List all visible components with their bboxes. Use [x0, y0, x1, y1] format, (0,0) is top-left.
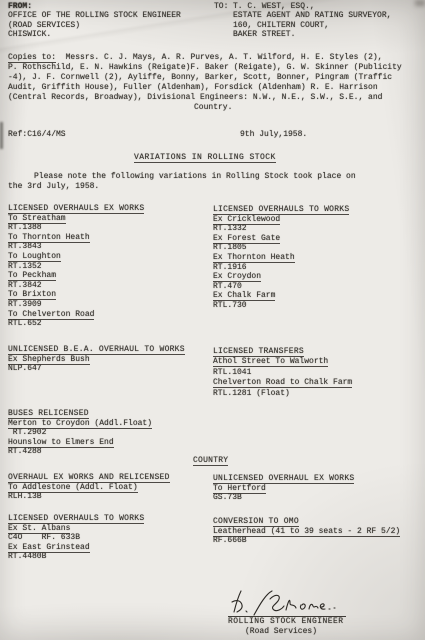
intro-paragraph: Please note the following variations in … [8, 172, 356, 191]
title-wrap: VARIATIONS IN ROLLING STOCK [134, 153, 276, 163]
to-line: BAKER STREET. [233, 30, 391, 39]
section-heading-wrap: UNLICENSED B.E.A. OVERHAUL TO WORKS [8, 345, 185, 355]
document-scan: FROM: OFFICE OF THE ROLLING STOCK ENGINE… [0, 0, 425, 640]
section-heading: LICENSED OVERHAULS TO WORKS [213, 205, 349, 215]
section-heading-wrap: UNLICENSED OVERHAUL EX WORKS [213, 474, 354, 484]
to-label: TO: [214, 2, 228, 11]
fleet-number: RT.3843 [8, 242, 144, 252]
section-licensed-overhauls-ex-works: LICENSED OVERHAULS EX WORKS To Streatham… [8, 204, 144, 329]
route-line: Ex Chalk Farm [213, 291, 349, 301]
route-line: Chelverton Road to Chalk Farm [213, 378, 352, 388]
section-heading: BUSES RELICENSED [8, 409, 89, 419]
section-heading: LICENSED OVERHAULS EX WORKS [8, 204, 144, 214]
section-heading-wrap: BUSES RELICENSED [8, 409, 152, 419]
route-text: To Brixton [8, 290, 56, 300]
route-line: Merton to Croydon (Addl.Float) [8, 419, 152, 429]
to-block: T. C. WEST, ESQ., ESTATE AGENT AND RATIN… [233, 2, 391, 39]
copies-line: Copies to: Messrs. C. J. Mays, A. R. Pur… [8, 53, 420, 63]
fleet-number: RT.4480B [8, 552, 144, 562]
route-line: To Addlestone (Addl. Float) [8, 483, 170, 493]
to-label-wrap: TO: [214, 2, 228, 11]
route-line: To Hertford [213, 484, 354, 494]
country-heading-wrap: COUNTRY [193, 456, 228, 466]
route-line: To Streatham [8, 214, 144, 224]
copies-label: Copies to: [8, 53, 56, 63]
intro-line: the 3rd July, 1958. [8, 182, 356, 192]
section-country-licensed-overhauls-to-works: LICENSED OVERHAULS TO WORKS Ex St. Alban… [8, 514, 144, 562]
signature-handwriting [228, 589, 358, 619]
fleet-number: RT.1332 [213, 224, 349, 234]
fleet-number: RT.470 [213, 282, 349, 292]
section-heading-wrap: OVERHAUL EX WORKS AND RELICENSED [8, 473, 170, 483]
fleet-number: RT.2902 [8, 428, 152, 438]
from-line: (ROAD SERVICES) [8, 21, 181, 30]
fleet-number: RT.3842 [8, 281, 144, 291]
route-line: To Brixton [8, 290, 144, 300]
document-date: 9th July,1958. [240, 130, 307, 140]
section-heading: CONVERSION TO OMO [213, 517, 299, 527]
route-line: Ex Cricklewood [213, 215, 349, 225]
route-line: Ex Croydon [213, 272, 349, 282]
copies-line-country: Country. [8, 103, 420, 113]
from-line: OFFICE OF THE ROLLING STOCK ENGINEER [8, 11, 181, 20]
scan-edge-smudge [0, 122, 3, 149]
route-line: Athol Street To Walworth [213, 357, 352, 367]
signature-block: ROLLING STOCK ENGINEER (Road Services) [228, 589, 358, 636]
route-line: To Loughton [8, 252, 144, 262]
route-line: Hounslow to Elmers End [8, 438, 152, 448]
section-heading: LICENSED TRANSFERS [213, 347, 304, 357]
ref-number: Ref:C16/4/MS [8, 130, 66, 140]
copies-line: P. Rothschild, E. N. Hawkins (Reigate)F.… [8, 63, 420, 73]
section-heading: UNLICENSED OVERHAUL EX WORKS [213, 474, 354, 484]
route-text: Ex Chalk Farm [213, 291, 275, 301]
from-label: FROM: [8, 2, 181, 11]
from-line: CHISWICK. [8, 30, 181, 39]
section-heading-wrap: LICENSED TRANSFERS [213, 347, 352, 357]
route-line: To Peckham [8, 271, 144, 281]
fleet-number: RTL.1281 (Float) [213, 389, 352, 399]
section-heading: OVERHAUL EX WORKS AND RELICENSED [8, 473, 170, 483]
route-line: Ex St. Albans [8, 524, 144, 534]
to-line: T. C. WEST, ESQ., [233, 2, 391, 11]
route-text: Athol Street To Walworth [213, 357, 328, 367]
fleet-number: GS.73B [213, 493, 354, 503]
section-heading-wrap: LICENSED OVERHAULS EX WORKS [8, 204, 144, 214]
section-conversion-to-omo: CONVERSION TO OMO Leatherhead (41 to 39 … [213, 517, 400, 546]
fleet-number: RT.1388 [8, 223, 144, 233]
route-line: To Chelverton Road [8, 310, 144, 320]
fleet-number: RT.4288 [8, 447, 152, 457]
route-line: Ex Shepherds Bush [8, 355, 185, 365]
route-text: Ex Croydon [213, 272, 261, 282]
copies-block: Copies to: Messrs. C. J. Mays, A. R. Pur… [8, 53, 420, 113]
to-line: 160, CHILTERN COURT, [233, 21, 391, 30]
section-heading: LICENSED OVERHAULS TO WORKS [8, 514, 144, 524]
fleet-number: RLH.13B [8, 492, 170, 502]
section-unlicensed-bea-overhaul: UNLICENSED B.E.A. OVERHAUL TO WORKS Ex S… [8, 345, 185, 374]
fleet-number: RTL.652 [8, 319, 144, 329]
section-buses-relicensed: BUSES RELICENSED Merton to Croydon (Addl… [8, 409, 152, 457]
copies-line: -4), J. F. Cornwell (2), Ayliffe, Bonny,… [8, 73, 420, 83]
fleet-number: RT.1352 [8, 262, 144, 272]
country-heading: COUNTRY [193, 456, 228, 466]
signatory-department: (Road Services) [228, 627, 358, 637]
route-line: Ex Forest Gate [213, 234, 349, 244]
section-unlicensed-overhaul-ex-works: UNLICENSED OVERHAUL EX WORKS To Hertford… [213, 474, 354, 503]
route-line: Ex Thornton Heath [213, 253, 349, 263]
section-heading-wrap: LICENSED OVERHAULS TO WORKS [8, 514, 144, 524]
route-text: Chelverton Road to Chalk Farm [213, 378, 352, 388]
copies-line: (Central Records, Broadway), Divisional … [8, 93, 420, 103]
signature-icon [228, 589, 340, 616]
copies-line: Audit, Griffith House), Fuller (Aldenham… [8, 83, 420, 93]
route-text: To Loughton [8, 252, 61, 262]
fleet-number: RTL.730 [213, 301, 349, 311]
fleet-number: RTL.1041 [213, 368, 352, 378]
fleet-number: C4O RF. 633B [8, 533, 144, 543]
fleet-number: RT.1805 [213, 243, 349, 253]
section-overhaul-ex-works-relicensed: OVERHAUL EX WORKS AND RELICENSED To Addl… [8, 473, 170, 502]
route-text: Ex Thornton Heath [213, 253, 295, 263]
fleet-number: RT.3909 [8, 300, 144, 310]
copies-text: Messrs. C. J. Mays, A. R. Purves, A. T. … [56, 53, 382, 62]
page-title: VARIATIONS IN ROLLING STOCK [134, 153, 276, 163]
section-heading-wrap: LICENSED OVERHAULS TO WORKS [213, 205, 349, 215]
route-line: Leatherhead (41 to 39 seats - 2 RF 5/2) [213, 527, 400, 537]
fleet-number: RT.1916 [213, 263, 349, 273]
route-line: Ex East Grinstead [8, 543, 144, 553]
from-block: FROM: OFFICE OF THE ROLLING STOCK ENGINE… [8, 2, 181, 39]
section-licensed-transfers: LICENSED TRANSFERS Athol Street To Walwo… [213, 347, 352, 399]
scan-corner-smudge [415, 0, 425, 6]
section-heading: UNLICENSED B.E.A. OVERHAUL TO WORKS [8, 345, 185, 355]
route-line: To Thornton Heath [8, 233, 144, 243]
route-text: To Peckham [8, 271, 56, 281]
to-line: ESTATE AGENT AND RATING SURVEYOR, [233, 11, 391, 20]
signatory-title: ROLLING STOCK ENGINEER [228, 617, 358, 627]
section-heading-wrap: CONVERSION TO OMO [213, 517, 400, 527]
fleet-number: RF.666B [213, 536, 400, 546]
fleet-number: NLP.647 [8, 364, 185, 374]
intro-line: Please note the following variations in … [8, 172, 356, 182]
section-licensed-overhauls-to-works: LICENSED OVERHAULS TO WORKS Ex Cricklewo… [213, 205, 349, 311]
